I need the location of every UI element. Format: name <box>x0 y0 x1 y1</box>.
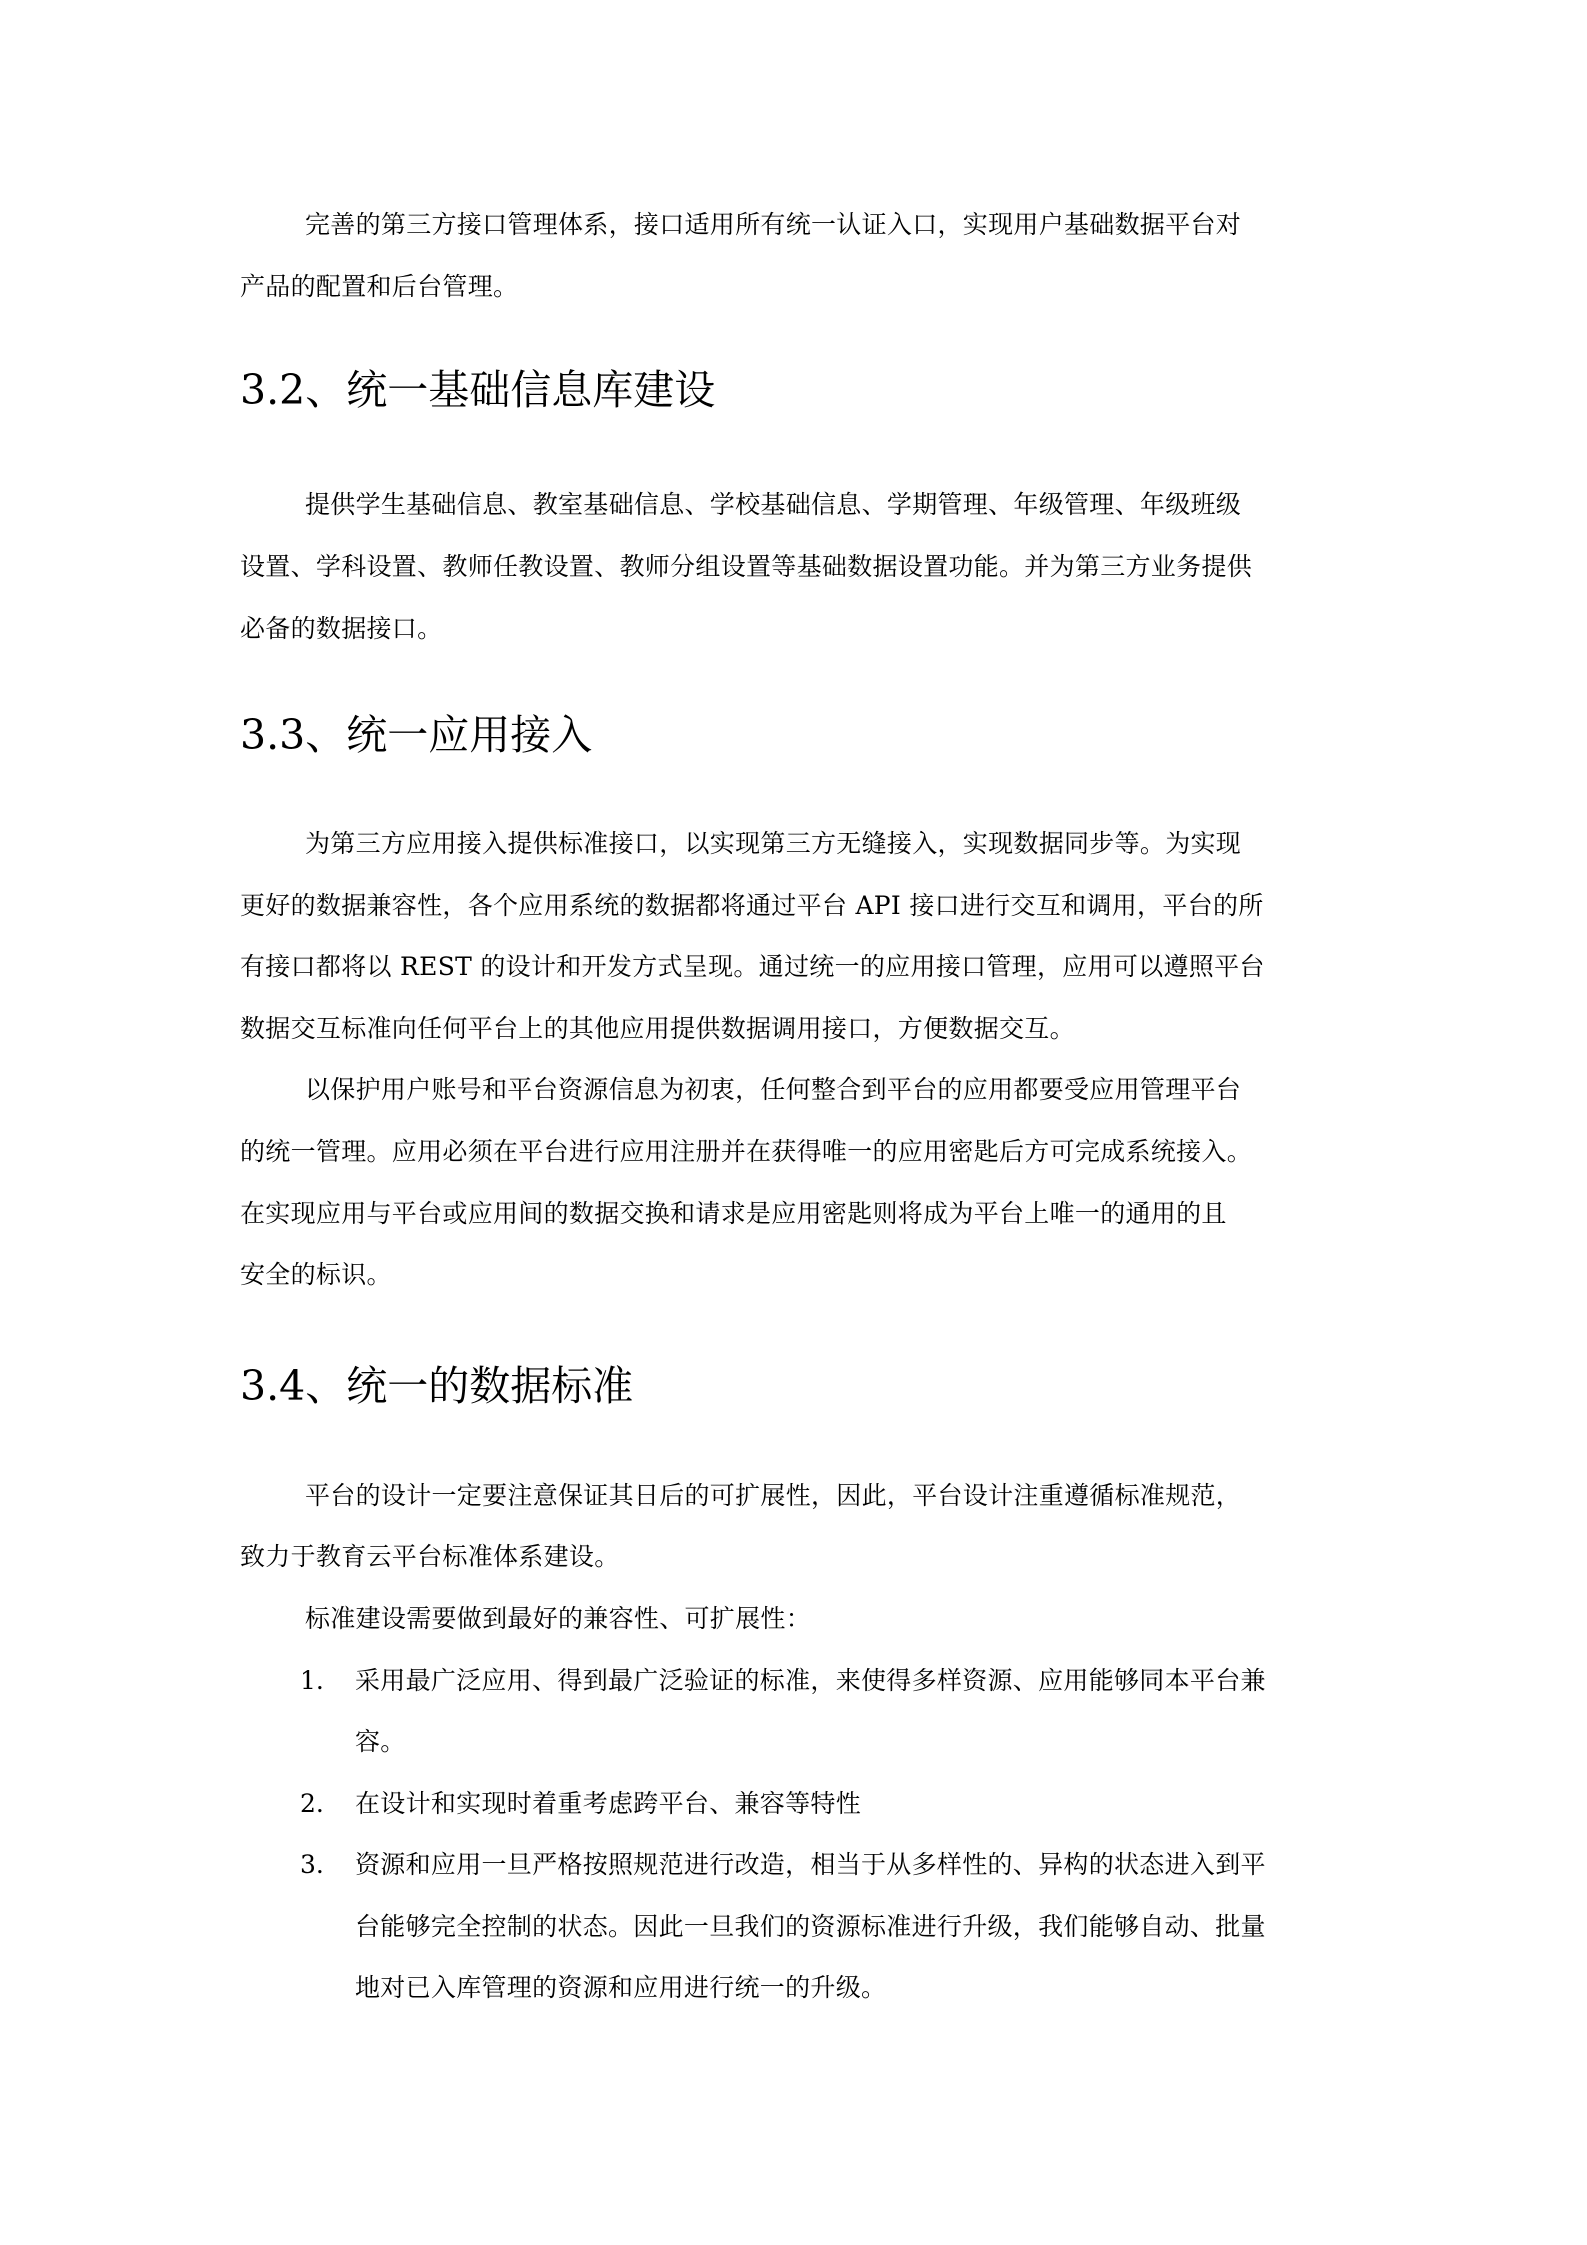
paragraph-line: 标准建设需要做到最好的兼容性、可扩展性： <box>305 1604 811 1634</box>
paragraph-line: 平台的设计一定要注意保证其日后的可扩展性，因此，平台设计注重遵循标准规范， <box>305 1481 1241 1511</box>
paragraph-line: 更好的数据兼容性，各个应用系统的数据都将通过平台 API 接口进行交互和调用，平… <box>240 891 1264 921</box>
paragraph-line: 在实现应用与平台或应用间的数据交换和请求是应用密匙则将成为平台上唯一的通用的且 <box>240 1199 1227 1229</box>
list-item-line: 台能够完全控制的状态。因此一旦我们的资源标准进行升级，我们能够自动、批量 <box>355 1912 1266 1942</box>
list-item-line: 容。 <box>355 1727 406 1757</box>
list-item-line: 在设计和实现时着重考虑跨平台、兼容等特性 <box>355 1789 861 1819</box>
paragraph-line: 有接口都将以 REST 的设计和开发方式呈现。通过统一的应用接口管理，应用可以遵… <box>240 952 1265 982</box>
section-heading: 3.3、统一应用接入 <box>240 711 592 759</box>
section-heading: 3.4、统一的数据标准 <box>240 1362 633 1410</box>
paragraph-line: 数据交互标准向任何平台上的其他应用提供数据调用接口，方便数据交互。 <box>240 1014 1075 1044</box>
paragraph-line: 为第三方应用接入提供标准接口，以实现第三方无缝接入，实现数据同步等。为实现 <box>305 829 1241 859</box>
paragraph-line: 产品的配置和后台管理。 <box>240 272 518 302</box>
paragraph-line: 以保护用户账号和平台资源信息为初衷，任何整合到平台的应用都要受应用管理平台 <box>305 1075 1241 1105</box>
document-page: 完善的第三方接口管理体系，接口适用所有统一认证入口，实现用户基础数据平台对 产品… <box>0 0 1587 2245</box>
paragraph-line: 设置、学科设置、教师任教设置、教师分组设置等基础数据设置功能。并为第三方业务提供 <box>240 552 1252 582</box>
paragraph-line: 的统一管理。应用必须在平台进行应用注册并在获得唯一的应用密匙后方可完成系统接入。 <box>240 1137 1252 1167</box>
paragraph-line: 必备的数据接口。 <box>240 614 442 644</box>
list-item-number: 2. <box>300 1789 324 1819</box>
paragraph-line: 致力于教育云平台标准体系建设。 <box>240 1542 620 1572</box>
list-item-number: 3. <box>300 1850 324 1880</box>
list-item-line: 地对已入库管理的资源和应用进行统一的升级。 <box>355 1973 886 2003</box>
paragraph-line: 安全的标识。 <box>240 1260 392 1290</box>
list-item-line: 资源和应用一旦严格按照规范进行改造，相当于从多样性的、异构的状态进入到平 <box>355 1850 1266 1880</box>
list-item-line: 采用最广泛应用、得到最广泛验证的标准，来使得多样资源、应用能够同本平台兼 <box>355 1666 1266 1696</box>
list-item-number: 1. <box>300 1666 324 1696</box>
section-heading: 3.2、统一基础信息库建设 <box>240 366 715 414</box>
paragraph-line: 提供学生基础信息、教室基础信息、学校基础信息、学期管理、年级管理、年级班级 <box>305 490 1241 520</box>
paragraph-line: 完善的第三方接口管理体系，接口适用所有统一认证入口，实现用户基础数据平台对 <box>305 210 1241 240</box>
